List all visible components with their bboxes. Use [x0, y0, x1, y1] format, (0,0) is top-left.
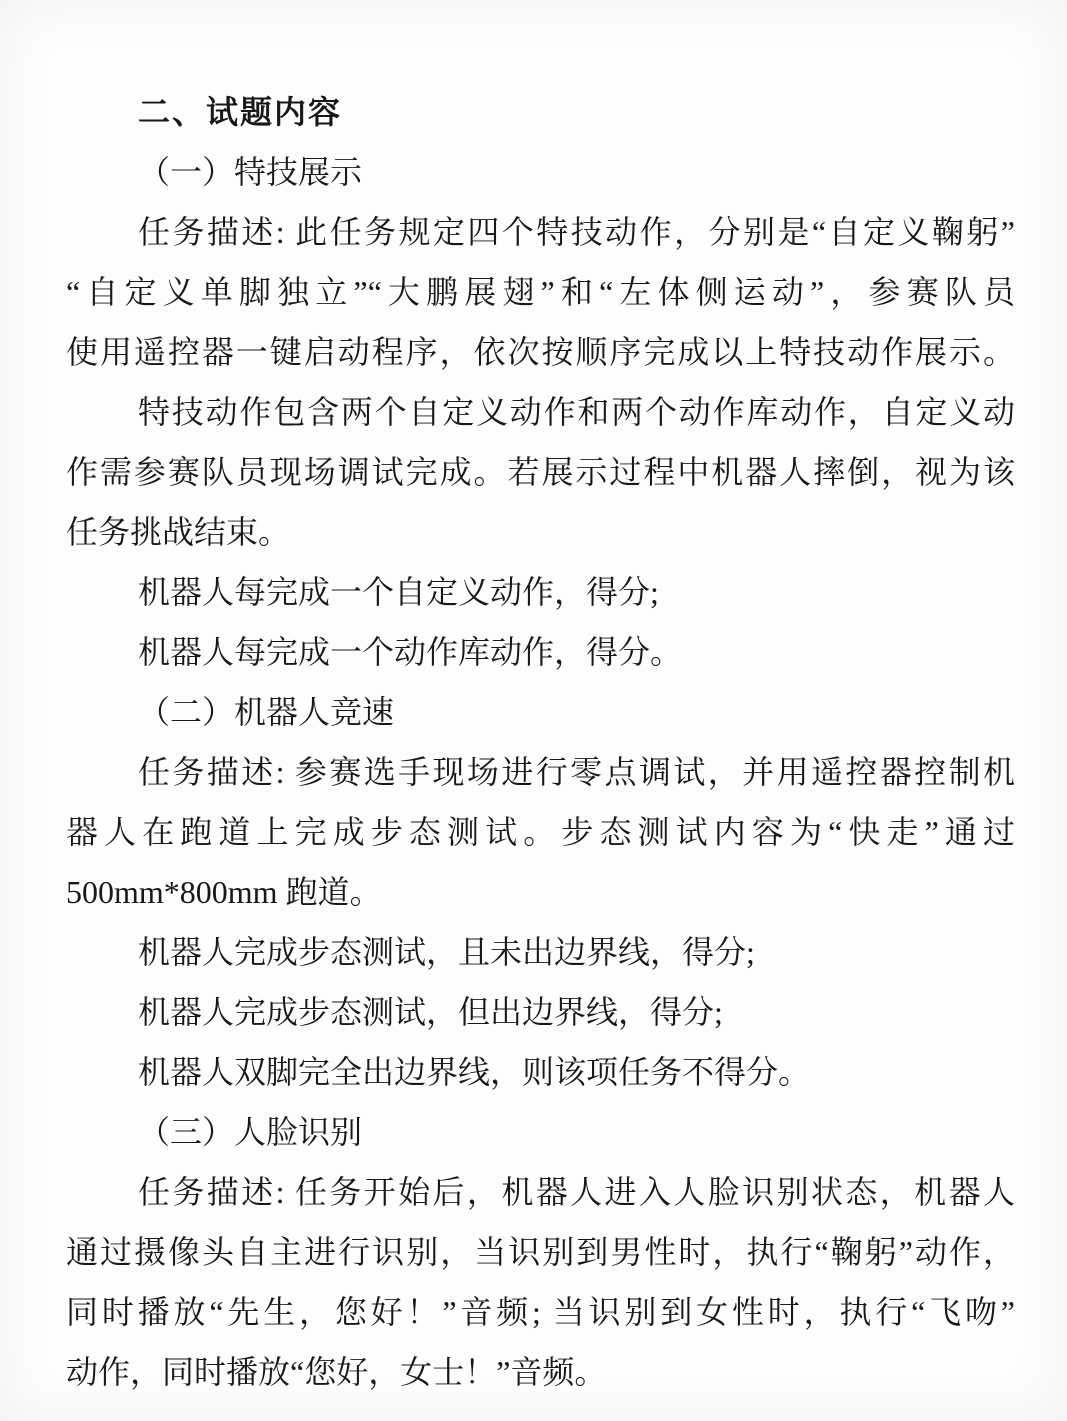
section-heading: 二、试题内容 — [66, 82, 1015, 142]
task1-scoring-line-1: 机器人每完成一个自定义动作，得分; — [66, 562, 1015, 622]
task1-rules-line-1: 特技动作包含两个自定义动作和两个动作库动作，自定义动 — [66, 382, 1015, 442]
task1-rules-line-3: 任务挑战结束。 — [66, 502, 1015, 562]
task2-description-line-2: 器人在跑道上完成步态测试。步态测试内容为“快走”通过 — [66, 802, 1015, 862]
task2-description-line-1: 任务描述: 参赛选手现场进行零点调试，并用遥控器控制机 — [66, 742, 1015, 802]
task3-description-line-4: 动作，同时播放“您好，女士！”音频。 — [66, 1342, 1015, 1402]
subsection-heading-2: （二）机器人竞速 — [66, 682, 1015, 742]
task3-description-line-2: 通过摄像头自主进行识别，当识别到男性时，执行“鞠躬”动作， — [66, 1222, 1015, 1282]
task1-description-line-1: 任务描述: 此任务规定四个特技动作，分别是“自定义鞠躬” — [66, 202, 1015, 262]
task2-scoring-line-2: 机器人完成步态测试，但出边界线，得分; — [66, 982, 1015, 1042]
task1-rules-line-2: 作需参赛队员现场调试完成。若展示过程中机器人摔倒，视为该 — [66, 442, 1015, 502]
document-page: 二、试题内容 （一）特技展示 任务描述: 此任务规定四个特技动作，分别是“自定义… — [0, 0, 1067, 1421]
subsection-heading-3: （三）人脸识别 — [66, 1102, 1015, 1162]
task1-description-line-2: “自定义单脚独立”“大鹏展翅”和“左体侧运动”，参赛队员 — [66, 262, 1015, 322]
task1-description-line-3: 使用遥控器一键启动程序，依次按顺序完成以上特技动作展示。 — [66, 322, 1015, 382]
subsection-heading-1: （一）特技展示 — [66, 142, 1015, 202]
task2-scoring-line-3: 机器人双脚完全出边界线，则该项任务不得分。 — [66, 1042, 1015, 1102]
task3-description-line-1: 任务描述: 任务开始后，机器人进入人脸识别状态，机器人 — [66, 1162, 1015, 1222]
task1-scoring-line-2: 机器人每完成一个动作库动作，得分。 — [66, 622, 1015, 682]
task2-scoring-line-1: 机器人完成步态测试，且未出边界线，得分; — [66, 922, 1015, 982]
task2-description-line-3: 500mm*800mm 跑道。 — [66, 862, 1015, 922]
task3-description-line-3: 同时播放“先生，您好！”音频; 当识别到女性时，执行“飞吻” — [66, 1282, 1015, 1342]
